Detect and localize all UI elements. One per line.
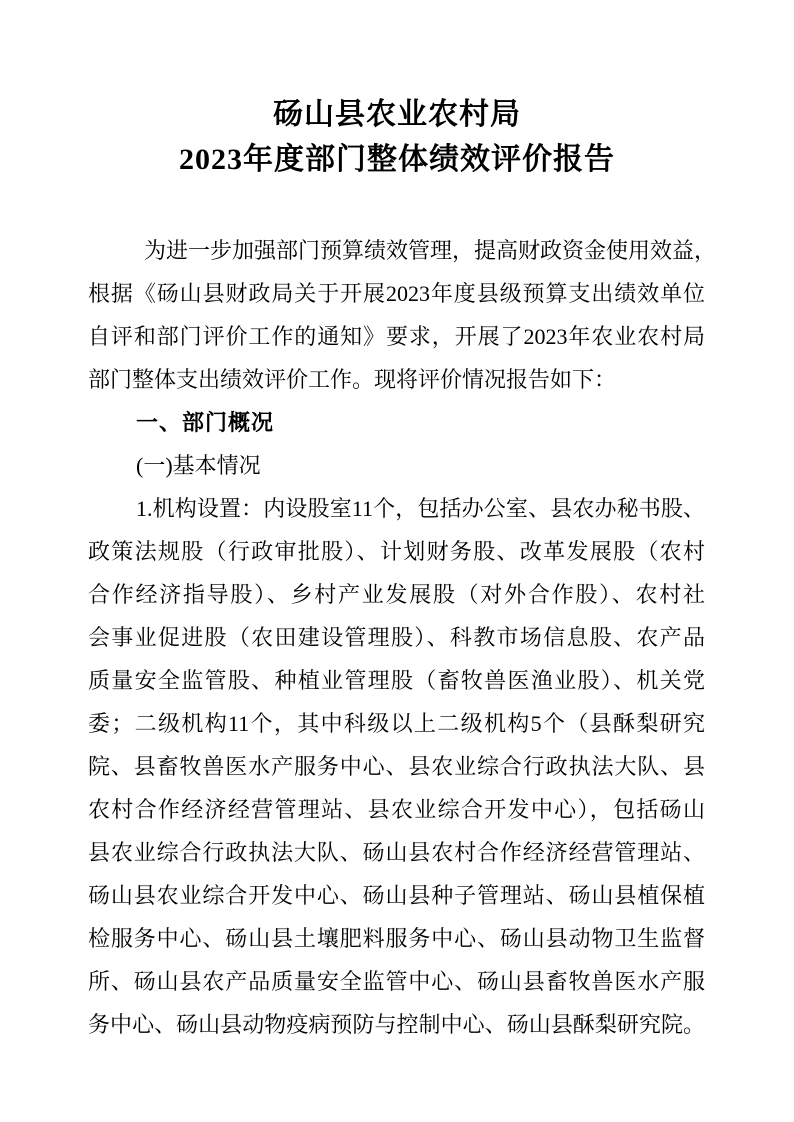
text-line: 检服务中心、砀山县土壤肥料服务中心、砀山县动物卫生监督	[88, 917, 705, 960]
text-line: 院、县畜牧兽医水产服务中心、县农业综合行政执法大队、县	[88, 745, 705, 788]
text-line: 务中心、砀山县动物疫病预防与控制中心、砀山县酥梨研究院。	[88, 1003, 705, 1046]
text-line: 自评和部门评价工作的通知》要求，开展了2023年农业农村局	[88, 315, 705, 358]
report-title-line-1: 砀山县农业农村局	[0, 92, 794, 137]
text-line: 根据《砀山县财政局关于开展2023年度县级预算支出绩效单位	[88, 272, 705, 315]
text-line: 会事业促进股（农田建设管理股）、科教市场信息股、农产品	[88, 616, 705, 659]
subsection-heading-text: (一)基本情况	[88, 444, 705, 487]
text-line: 政策法规股（行政审批股）、计划财务股、改革发展股（农村	[88, 530, 705, 573]
text-line: 农村合作经济经营管理站、县农业综合开发中心），包括砀山	[88, 788, 705, 831]
subsection-1-heading: (一)基本情况	[88, 444, 705, 487]
text-line: 质量安全监管股、种植业管理股（畜牧兽医渔业股）、机关党	[88, 659, 705, 702]
text-line: 合作经济指导股）、乡村产业发展股（对外合作股）、农村社	[88, 573, 705, 616]
section-heading-text: 一、部门概况	[88, 401, 705, 444]
document-page: 砀山县农业农村局 2023年度部门整体绩效评价报告 为进一步加强部门预算绩效管理…	[0, 0, 794, 1122]
document-body: 为进一步加强部门预算绩效管理，提高财政资金使用效益， 根据《砀山县财政局关于开展…	[0, 229, 794, 1046]
text-line: 砀山县农业综合开发中心、砀山县种子管理站、砀山县植保植	[88, 874, 705, 917]
intro-paragraph: 为进一步加强部门预算绩效管理，提高财政资金使用效益， 根据《砀山县财政局关于开展…	[88, 229, 705, 401]
text-line: 委；二级机构11个，其中科级以上二级机构5个（县酥梨研究	[88, 702, 705, 745]
report-title-line-2: 2023年度部门整体绩效评价报告	[0, 137, 794, 182]
text-line: 部门整体支出绩效评价工作。现将评价情况报告如下：	[88, 358, 705, 401]
report-title: 砀山县农业农村局 2023年度部门整体绩效评价报告	[0, 0, 794, 182]
text-line: 所、砀山县农产品质量安全监管中心、砀山县畜牧兽医水产服	[88, 960, 705, 1003]
text-line: 1.机构设置：内设股室11个，包括办公室、县农办秘书股、	[88, 487, 705, 530]
text-line: 为进一步加强部门预算绩效管理，提高财政资金使用效益，	[88, 229, 705, 272]
organization-paragraph: 1.机构设置：内设股室11个，包括办公室、县农办秘书股、 政策法规股（行政审批股…	[88, 487, 705, 1046]
text-line: 县农业综合行政执法大队、砀山县农村合作经济经营管理站、	[88, 831, 705, 874]
section-1-heading: 一、部门概况	[88, 401, 705, 444]
